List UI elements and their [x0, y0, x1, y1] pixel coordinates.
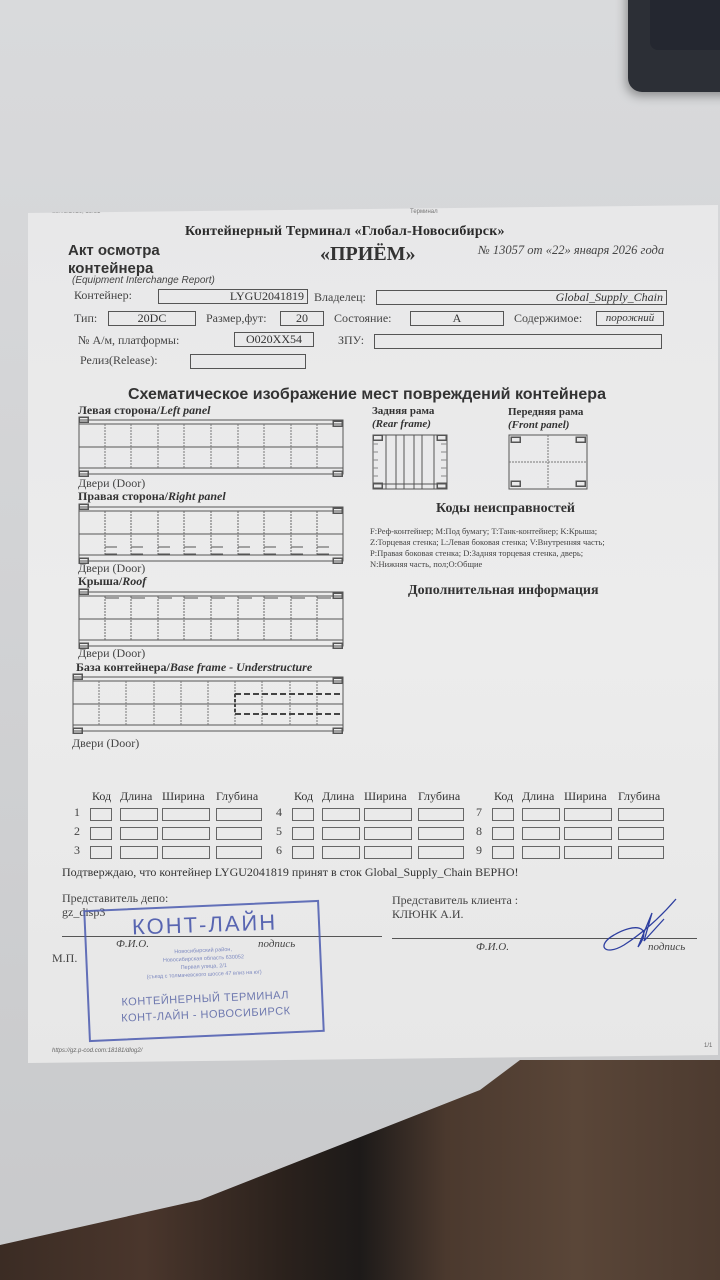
damage-column-header: Ширина [162, 789, 205, 804]
confirmation-text: Подтверждаю, что контейнер LYGU2041819 п… [62, 865, 519, 880]
damage-width-field[interactable] [364, 808, 412, 821]
front-panel-diagram[interactable] [508, 433, 588, 491]
client-rep-label: Представитель клиента : [392, 893, 518, 908]
fault-code-line: N:Нижняя часть, пол;O:Общие [370, 559, 670, 570]
seal-place-label: М.П. [52, 951, 77, 966]
document-number: № 13057 от «22» января 2026 года [478, 243, 664, 258]
damage-length-field[interactable] [120, 827, 158, 840]
seal-field[interactable] [374, 334, 662, 349]
damage-width-field[interactable] [364, 827, 412, 840]
act-title-line1: Акт осмотра [68, 242, 160, 260]
damage-depth-field[interactable] [216, 827, 262, 840]
damage-code-field[interactable] [292, 808, 314, 821]
damage-column-header: Глубина [216, 789, 258, 804]
damage-code-field[interactable] [90, 846, 112, 859]
left-panel-diagram[interactable] [78, 416, 344, 478]
damage-length-field[interactable] [522, 846, 560, 859]
rear-frame-diagram[interactable] [372, 432, 448, 492]
damage-depth-field[interactable] [618, 808, 664, 821]
damage-length-field[interactable] [322, 827, 360, 840]
container-field[interactable]: LYGU2041819 [158, 289, 308, 304]
damage-code-field[interactable] [90, 808, 112, 821]
damage-row-number: 6 [276, 843, 282, 858]
size-field[interactable]: 20 [280, 311, 324, 326]
damage-depth-field[interactable] [618, 846, 664, 859]
operation-title: «ПРИЁМ» [320, 243, 416, 266]
contents-label: Содержимое: [514, 311, 582, 326]
additional-info-title: Дополнительная информация [408, 583, 599, 599]
damage-code-field[interactable] [492, 827, 514, 840]
fault-code-line: P:Правая боковая стенка; D:Задняя торцев… [370, 548, 670, 559]
print-timestamp: 22.01.2026, 15:31 [52, 209, 100, 215]
client-fio-label: Ф.И.О. [476, 941, 509, 953]
roof-title: Крыша/Roof [78, 574, 146, 589]
damage-code-field[interactable] [492, 846, 514, 859]
fault-code-line: F:Реф-контейнер; M:Под бумагу; T:Танк-ко… [370, 526, 670, 537]
damage-code-field[interactable] [492, 808, 514, 821]
base-frame-ru: База контейнера/ [76, 660, 170, 674]
roof-en: Roof [122, 574, 146, 588]
damage-width-field[interactable] [162, 808, 210, 821]
roof-door-label: Двери (Door) [78, 646, 145, 661]
right-panel-title: Правая сторона/Right panel [78, 489, 226, 504]
owner-field[interactable]: Global_Supply_Chain [376, 290, 667, 305]
damage-depth-field[interactable] [418, 846, 464, 859]
damage-row-number: 1 [74, 805, 80, 820]
damage-column-header: Длина [322, 789, 354, 804]
release-label: Релиз(Release): [80, 353, 158, 368]
size-label: Размер,фут: [206, 311, 267, 326]
terminal-name: Контейнерный Терминал «Глобал-Новосибирс… [185, 224, 505, 240]
damage-width-field[interactable] [564, 808, 612, 821]
damage-length-field[interactable] [522, 808, 560, 821]
damage-column-header: Ширина [564, 789, 607, 804]
print-source: Терминал [410, 209, 438, 215]
contents-field[interactable]: порожний [596, 311, 664, 326]
rear-frame-title-en: (Rear frame) [372, 418, 431, 430]
right-panel-en: Right panel [168, 489, 226, 503]
handwritten-depot-signature: КОНТ-ЛАЙН [132, 909, 278, 940]
left-panel-ru: Левая сторона/ [78, 403, 160, 417]
damage-length-field[interactable] [322, 846, 360, 859]
damage-row-number: 8 [476, 824, 482, 839]
damage-width-field[interactable] [162, 846, 210, 859]
damage-depth-field[interactable] [216, 808, 262, 821]
release-field[interactable] [190, 354, 306, 369]
fault-code-line: Z:Торцевая стенка; L:Левая боковая стенк… [370, 537, 670, 548]
condition-label: Состояние: [334, 311, 392, 326]
damage-code-field[interactable] [90, 827, 112, 840]
damage-length-field[interactable] [522, 827, 560, 840]
damage-length-field[interactable] [322, 808, 360, 821]
container-label: Контейнер: [74, 288, 132, 303]
damage-depth-field[interactable] [418, 808, 464, 821]
footer-url: https://gz.p-cod.com:18181/dlog2/ [52, 1048, 142, 1054]
damage-length-field[interactable] [120, 808, 158, 821]
roof-diagram[interactable] [78, 588, 344, 650]
base-frame-door-label: Двери (Door) [72, 736, 139, 751]
damage-column-header: Глубина [618, 789, 660, 804]
damage-row-number: 7 [476, 805, 482, 820]
damage-column-header: Код [294, 789, 313, 804]
footer-page: 1/1 [704, 1043, 712, 1049]
type-field[interactable]: 20DC [108, 311, 196, 326]
roof-ru: Крыша/ [78, 574, 122, 588]
damage-width-field[interactable] [564, 827, 612, 840]
fault-codes-list: F:Реф-контейнер; M:Под бумагу; T:Танк-ко… [370, 526, 670, 570]
seal-label: ЗПУ: [338, 333, 364, 348]
type-label: Тип: [74, 311, 97, 326]
damage-depth-field[interactable] [216, 846, 262, 859]
damage-code-field[interactable] [292, 846, 314, 859]
depot-rep-label: Представитель депо: [62, 891, 168, 906]
schema-title: Схематическое изображение мест поврежден… [128, 386, 606, 404]
damage-depth-field[interactable] [618, 827, 664, 840]
base-frame-diagram[interactable] [72, 673, 344, 735]
front-panel-title-en: (Front panel) [508, 419, 569, 431]
damage-width-field[interactable] [364, 846, 412, 859]
vehicle-label: № А/м, платформы: [78, 333, 179, 348]
damage-row-number: 5 [276, 824, 282, 839]
client-signature [594, 895, 684, 957]
right-panel-ru: Правая сторона/ [78, 489, 168, 503]
damage-row-number: 3 [74, 843, 80, 858]
rear-frame-title-ru: Задняя рама [372, 405, 434, 417]
damage-column-header: Ширина [364, 789, 407, 804]
act-subtitle: (Equipment Interchange Report) [72, 275, 215, 286]
right-panel-diagram[interactable] [78, 503, 344, 565]
damage-code-field[interactable] [292, 827, 314, 840]
inspection-report-document: 22.01.2026, 15:31 Терминал Контейнерный … [28, 205, 718, 1063]
damage-column-header: Длина [522, 789, 554, 804]
damage-column-header: Глубина [418, 789, 460, 804]
condition-field[interactable]: A [410, 311, 504, 326]
owner-label: Владелец: [314, 290, 366, 305]
front-panel-title-ru: Передняя рама [508, 406, 583, 418]
fault-codes-title: Коды неисправностей [436, 501, 575, 517]
damage-column-header: Длина [120, 789, 152, 804]
floor-background [0, 1060, 720, 1280]
vehicle-field[interactable]: O020XX54 [234, 332, 314, 347]
base-frame-en: Base frame - Understructure [170, 660, 312, 674]
client-rep-name: КЛЮНК А.И. [392, 907, 463, 922]
damage-length-field[interactable] [120, 846, 158, 859]
damage-row-number: 4 [276, 805, 282, 820]
stamp-address: Новосибирский район, Новосибирская облас… [97, 942, 310, 983]
damage-row-number: 9 [476, 843, 482, 858]
damage-row-number: 2 [74, 824, 80, 839]
damage-width-field[interactable] [564, 846, 612, 859]
left-panel-en: Left panel [160, 403, 210, 417]
damage-column-header: Код [494, 789, 513, 804]
keyboard-device-corner [628, 0, 720, 92]
damage-width-field[interactable] [162, 827, 210, 840]
damage-depth-field[interactable] [418, 827, 464, 840]
damage-column-header: Код [92, 789, 111, 804]
act-title: Акт осмотра контейнера [68, 242, 160, 278]
